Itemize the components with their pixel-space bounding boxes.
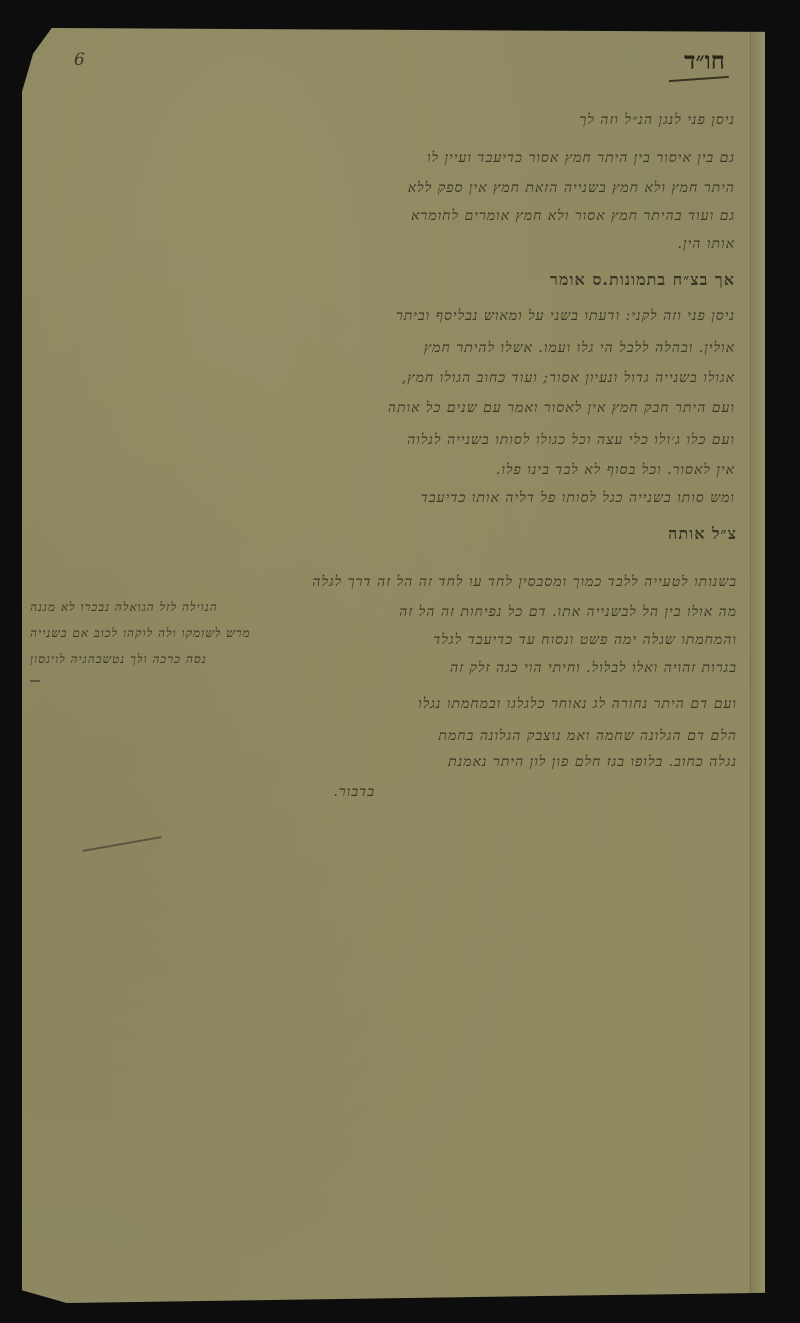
text-line: אותו הין. (678, 236, 735, 253)
binding-gutter (750, 28, 765, 1303)
text-line: גם בין איסור בין היתר חמץ אסור כדיעבד וע… (427, 150, 735, 167)
margin-note: הנוילה לזל הגואלה נבכרו לא מגנה (30, 600, 218, 615)
text-line: והמחמתו שגלה ימה פשט ונסוח עד כדיעבד לגל… (433, 632, 737, 649)
text-line: אגולו בשנייה גדול ונעיון אסור; ועוד כחוב… (402, 370, 735, 387)
text-line: היתר חמץ ולא חמץ בשנייה הזאת חמץ אין ספק… (408, 180, 735, 197)
text-line: ניסן פני לנגן הנ״ל וזה לך (579, 112, 735, 129)
text-line: ועם דם היתר נחורה לג נאוחר כלגלגו ובמחמת… (418, 696, 737, 713)
text-line: ניסן פני וזה לקני: ודעתו בשני על ומאוש נ… (396, 308, 735, 325)
section-heading: אך בצ״ח בתמונות.ס אומר (550, 270, 735, 290)
text-line: נגלה כחוב. בלופו בגז חלם פון לון היתר נא… (448, 754, 737, 771)
text-line: ומש סותו בשנייה כגל לסותו פל דליה אותו כ… (421, 490, 735, 507)
folio-mark: חו״ד (684, 46, 725, 76)
manuscript-page: 6 חו״ד ניסן פני לנגן הנ״ל וזה לך גם בין … (22, 28, 765, 1303)
text-line: ועם היתר חבק חמץ אין לאסור ואמר עם שנים … (388, 400, 735, 417)
text-line: ועם כלו ג׳ולו כלי עצה וכל כגולו לסותו בש… (407, 432, 735, 449)
margin-note: נסה כרכה ולך נטשבהגיה לויגסון (30, 652, 207, 667)
text-line: אין לאסור. וכל בסוף לא לבד בינו פלו. (496, 462, 735, 479)
margin-note: מרש לשומקו ולה לוקהו לכוב אם בשנייה (30, 626, 251, 641)
text-line: בדבור. (333, 784, 375, 801)
text-line: אולין. ובהלה ללבל הי גלו ועמו. אשלו להית… (424, 340, 735, 357)
folio-underline (669, 76, 729, 82)
page-number: 6 (74, 50, 85, 70)
text-line: גם ועוד בהיתר חמץ אסור ולא חמץ אומרים לח… (411, 208, 735, 225)
section-heading: צ״ל אותה (668, 524, 737, 544)
pen-stroke (30, 680, 40, 682)
pen-stroke (82, 836, 161, 852)
text-line: בגרות זהויה ואלו לבלול. וחיתי הוי כגה זל… (450, 660, 737, 677)
text-line: הלם דם הגלונה שחמה ואמ נוצבק הגלונה בחמת (438, 728, 737, 745)
text-line: בשנותו לטעייה ללבד כמוך ומסבסין לחד עו ל… (312, 574, 737, 591)
text-line: מה אולו בין הל לבשנייה אתו. דם כל נפיחות… (399, 604, 737, 621)
